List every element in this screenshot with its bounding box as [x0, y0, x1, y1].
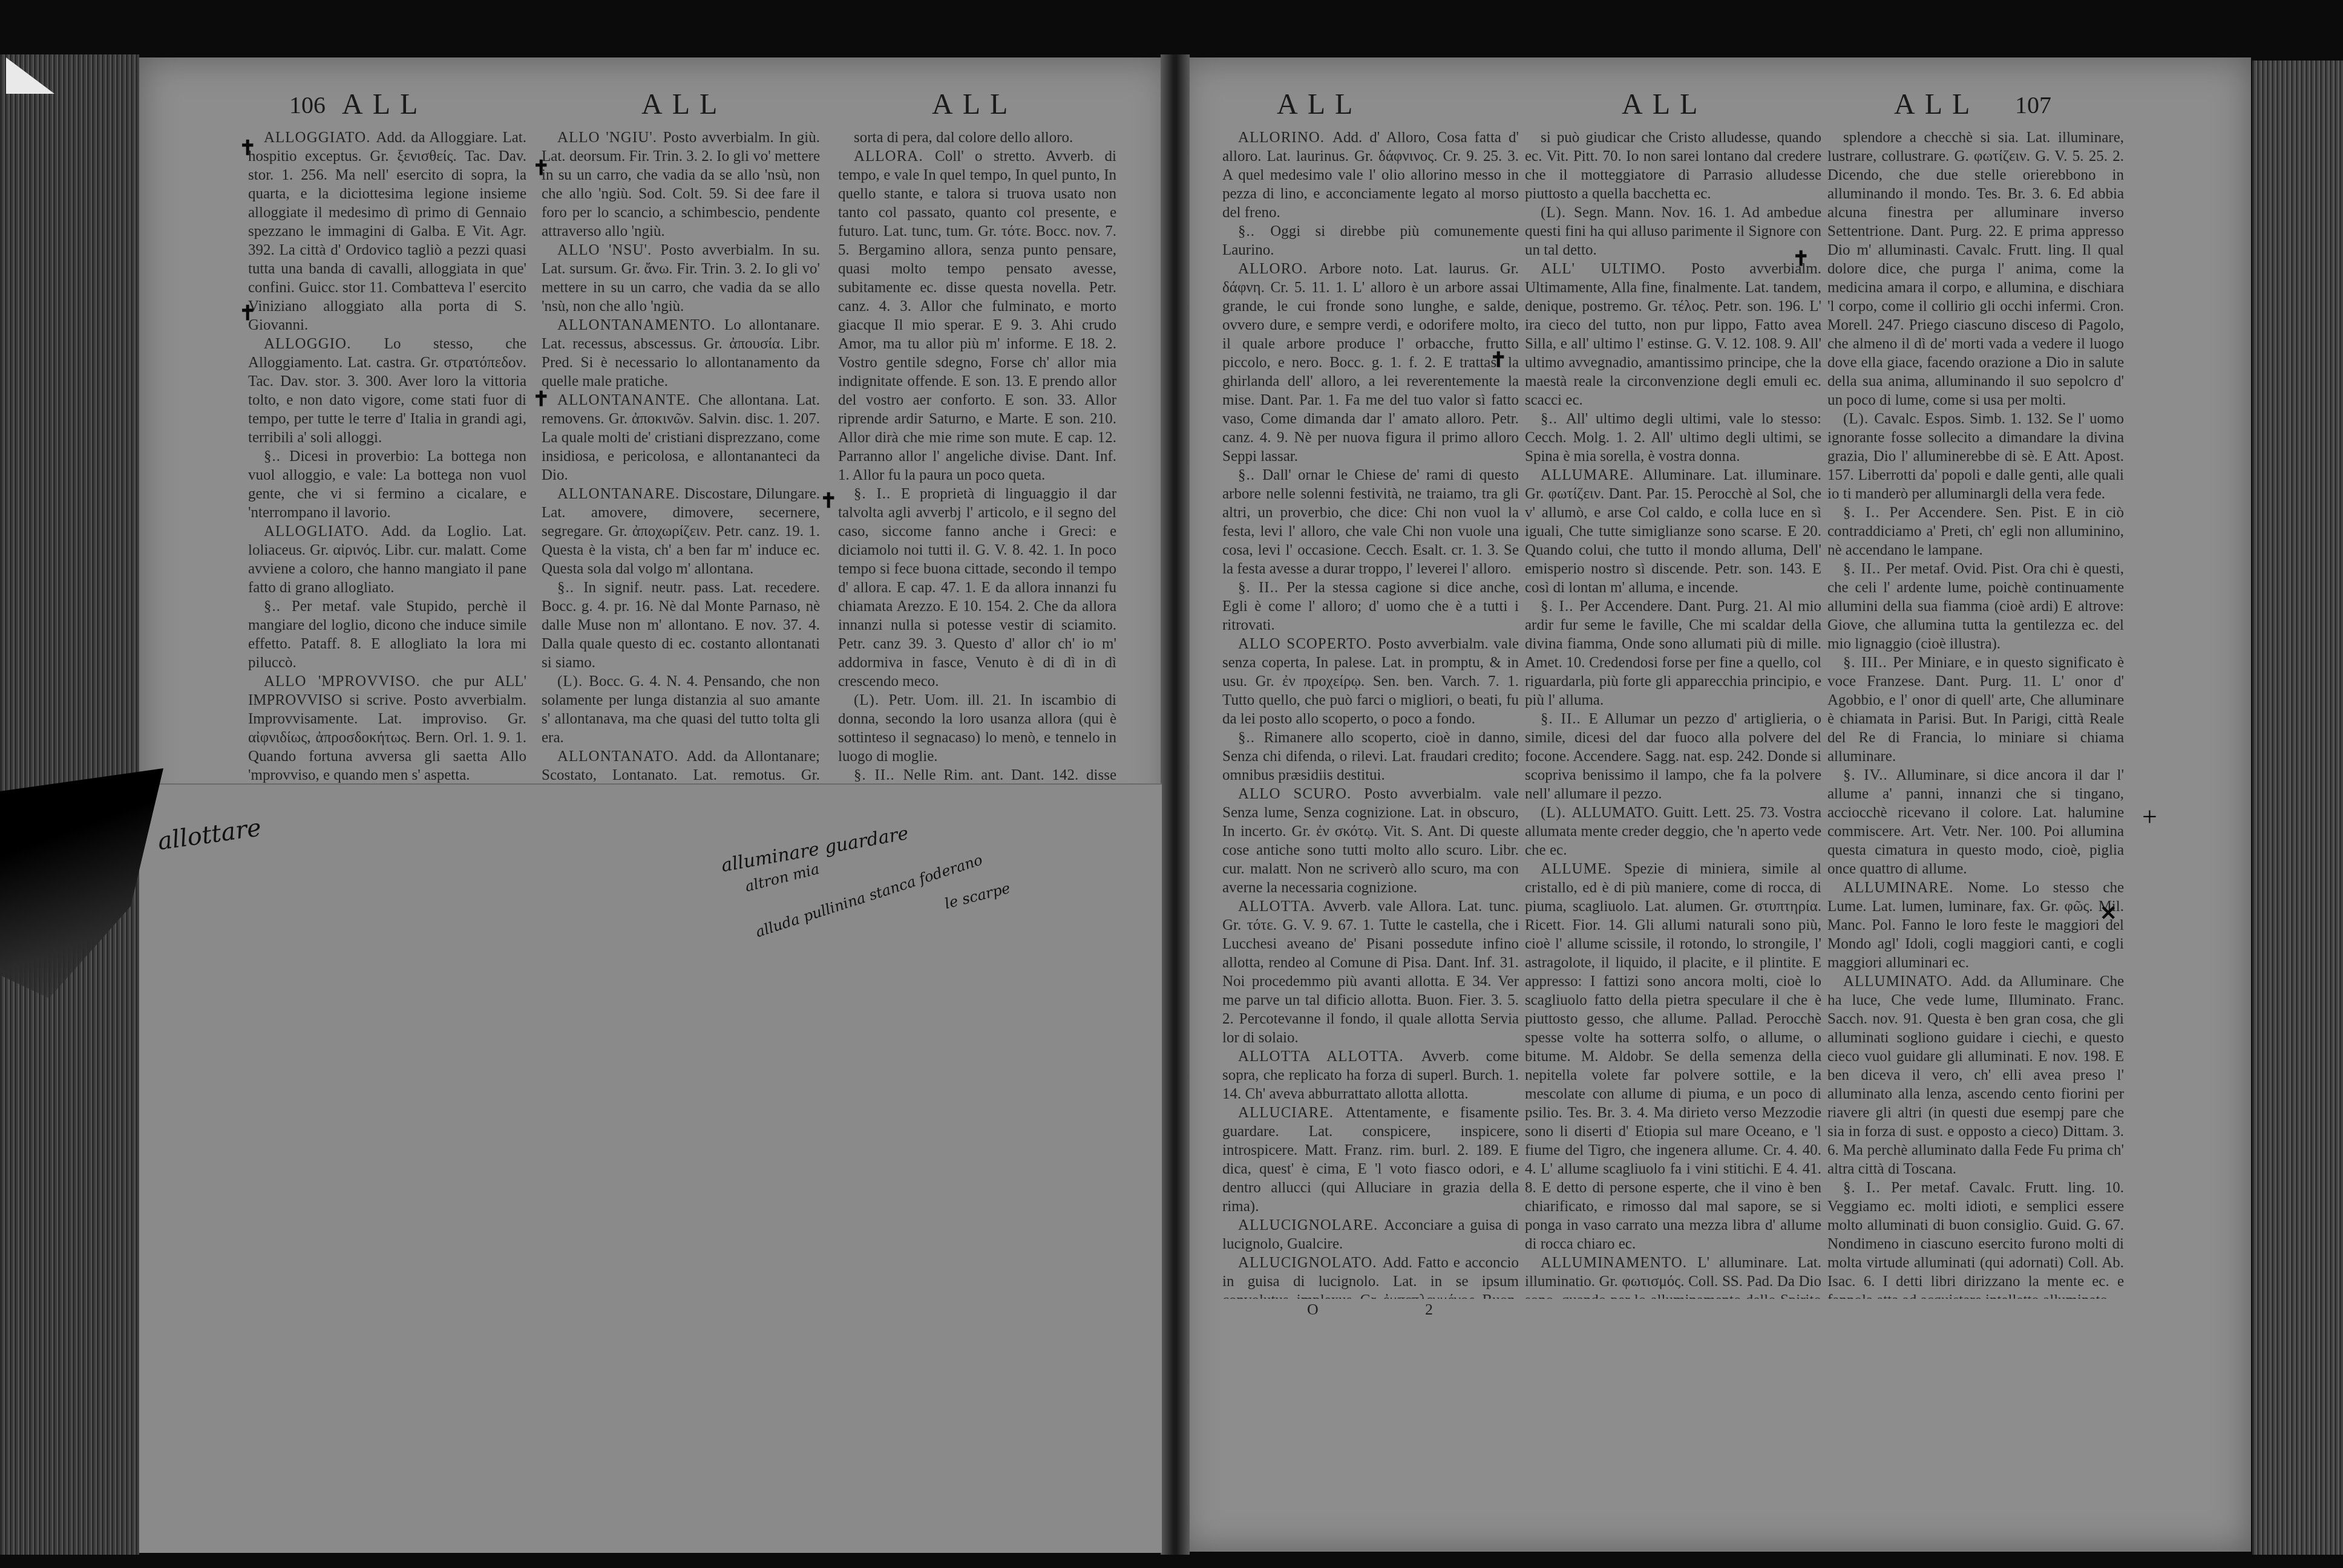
entry-headword: ALLUMINARE. — [1843, 880, 1968, 896]
dictionary-entry: §.. Rimanere allo scoperto, cioè in dann… — [1222, 728, 1519, 785]
column-left-1: ALLOGGIATO. Add. da Alloggiare. Lat. hos… — [248, 128, 526, 785]
entry-headword: §. I.. — [854, 486, 901, 502]
entry-headword: ALLONTANAMENTO. — [557, 317, 724, 333]
handwritten-note: le scarpe — [943, 880, 1012, 912]
entry-headword: ALLUCIGNOLARE. — [1238, 1217, 1384, 1233]
dictionary-entry: ALLOGLIATO. Add. da Loglio. Lat. loliace… — [248, 522, 526, 597]
entry-headword: ALLUMINATO. — [1843, 973, 1961, 990]
entry-headword: §. II.. — [1541, 711, 1589, 727]
entry-headword: §. I.. — [1843, 505, 1889, 521]
dictionary-entry: ALLUCIARE. Attentamente, e fisamente gua… — [1222, 1103, 1519, 1216]
running-head: ALL — [1894, 88, 1979, 121]
dictionary-entry: §.. Dall' ornar le Chiese de' rami di qu… — [1222, 466, 1519, 578]
dictionary-entry: §. I.. Per Accendere. Sen. Pist. E in ci… — [1827, 503, 2124, 560]
entry-headword: ALLO 'NSU'. — [557, 242, 661, 258]
dictionary-entry: §. II.. Per la stessa cagione si dice an… — [1222, 578, 1519, 635]
entry-text: E proprietà di linguaggio il dar talvolt… — [838, 486, 1116, 690]
entry-headword: ALLONTANATO. — [557, 748, 687, 765]
entry-headword: ALLOTTA. — [1238, 898, 1323, 915]
dictionary-entry: ALLORINO. Add. d' Alloro, Cosa fatta d' … — [1222, 128, 1519, 222]
signature-mark: 2 — [1425, 1301, 1433, 1319]
dictionary-entry: ALLONTANATO. Add. da Allontanare; Scosta… — [542, 747, 820, 785]
dictionary-entry: (L). Bocc. G. 4. N. 4. Pensando, che non… — [542, 672, 820, 747]
entry-headword: §. IV.. — [1843, 767, 1896, 783]
dictionary-entry: ALLUMINARE. Nome. Lo stesso che Lume. La… — [1827, 878, 2124, 972]
dictionary-entry: §.. In signif. neutr. pass. Lat. receder… — [542, 578, 820, 672]
dictionary-entry: ALLOTTA. Avverb. vale Allora. Lat. tunc.… — [1222, 897, 1519, 1047]
margin-cross-mark: ✝ — [1490, 348, 1507, 372]
dictionary-entry: ALLO 'MPROVVISO. che pur ALL' IMPROVVISO… — [248, 672, 526, 785]
entry-text: Per Miniare, e in questo significato è v… — [1827, 655, 2124, 765]
entry-headword: (L). — [854, 692, 889, 708]
entry-text: Dall' ornar le Chiese de' rami di questo… — [1222, 467, 1519, 577]
entry-headword: ALLO 'NGIU'. — [557, 129, 663, 146]
entry-text: Avverb. vale Allora. Lat. tunc. Gr. τότε… — [1222, 898, 1519, 1046]
running-head: ALL — [932, 88, 1017, 121]
entry-headword: ALLOTTA ALLOTTA. — [1238, 1048, 1421, 1065]
dictionary-entry: ALLUCIGNOLATO. Add. Fatto e acconcio in … — [1222, 1253, 1519, 1299]
dictionary-entry: ALLUMINATO. Add. da Alluminare. Che ha l… — [1827, 972, 2124, 1178]
entry-text: Add. da Alluminare. Che ha luce, Che ved… — [1827, 973, 2124, 1177]
entry-headword: §. II.. — [1843, 561, 1886, 577]
entry-headword: §.. — [264, 598, 292, 615]
dictionary-entry: ALLOTTA ALLOTTA. Avverb. come sopra, che… — [1222, 1047, 1519, 1103]
dictionary-entry: sorta di pera, dal colore dello alloro. — [838, 128, 1116, 147]
entry-headword: ALLOGLIATO. — [264, 523, 381, 540]
page-number-left: 106 — [289, 91, 326, 119]
entry-headword: §. II.. — [1238, 580, 1286, 596]
dictionary-entry: splendore a checchè si sia. Lat. illumin… — [1827, 128, 2124, 410]
entry-text: Arbore noto. Lat. laurus. Gr. δάφνη. Cr.… — [1222, 261, 1519, 465]
dictionary-entry: ALLUCIGNOLARE. Acconciare a guisa di luc… — [1222, 1216, 1519, 1253]
dictionary-entry: ALLOGGIATO. Add. da Alloggiare. Lat. hos… — [248, 128, 526, 335]
column-left-3: sorta di pera, dal colore dello alloro.A… — [838, 128, 1116, 785]
dictionary-entry: §. I.. Per metaf. Cavalc. Frutt. ling. 1… — [1827, 1178, 2124, 1299]
entry-headword: ALLOGGIO. — [264, 336, 384, 352]
dictionary-entry: ALLONTANARE. Discostare, Dilungare. Lat.… — [542, 485, 820, 578]
running-head: ALL — [1622, 88, 1707, 121]
entry-text: Dicesi in proverbio: La bottega non vuol… — [248, 448, 526, 521]
margin-cross-mark: ✝ — [532, 156, 550, 180]
entry-headword: ALLO SCURO. — [1238, 786, 1364, 802]
dictionary-entry: ALLONTANANTE. Che allontana. Lat. remove… — [542, 391, 820, 485]
dictionary-entry: §. II.. Per metaf. Ovid. Pist. Ora chi è… — [1827, 560, 2124, 653]
entry-text: si può giudicar che Cristo alludesse, qu… — [1525, 129, 1821, 202]
entry-text: Alluminare. Lat. illuminare. Gr. φωτίζει… — [1525, 467, 1821, 596]
entry-headword: ALLO 'MPROVVISO. — [264, 673, 432, 690]
dictionary-entry: §.. Oggi si direbbe più comunemente Laur… — [1222, 222, 1519, 260]
entry-headword: (L). — [1843, 411, 1874, 427]
entry-text: Lo stesso, che Alloggiamento. Lat. castr… — [248, 336, 526, 446]
entry-text: Attentamente, e fisamente guardare. Lat.… — [1222, 1105, 1519, 1215]
margin-cross-mark: ✝ — [239, 136, 257, 160]
dictionary-entry: §. III.. Per Miniare, e in questo signif… — [1827, 653, 2124, 766]
dictionary-entry: §. II.. Nelle Rim. ant. Dant. 142. disse… — [838, 766, 1116, 785]
margin-cross-mark: ✝ — [820, 489, 837, 513]
entry-headword: ALLORO. — [1238, 261, 1319, 277]
dictionary-entry: §. I.. Per Accendere. Dant. Purg. 21. Al… — [1525, 597, 1821, 710]
entry-text: Spezie di miniera, simile al cristallo, … — [1525, 861, 1821, 1252]
dictionary-entry: ALLORO. Arbore noto. Lat. laurus. Gr. δά… — [1222, 260, 1519, 466]
running-head: ALL — [1277, 88, 1362, 121]
dictionary-entry: §.. All' ultimo degli ultimi, vale lo st… — [1525, 410, 1821, 466]
entry-headword: §.. — [1238, 730, 1264, 746]
dictionary-entry: si può giudicar che Cristo alludesse, qu… — [1525, 128, 1821, 203]
dictionary-entry: (L). Petr. Uom. ill. 21. In iscambio di … — [838, 691, 1116, 766]
entry-headword: §.. — [1238, 467, 1262, 483]
entry-headword: ALLUMARE. — [1541, 467, 1643, 483]
entry-text: All' ultimo degli ultimi, vale lo stesso… — [1525, 411, 1821, 465]
dictionary-entry: ALLO 'NSU'. Posto avverbialm. In su. Lat… — [542, 241, 820, 316]
entry-headword: ALLUMINAMENTO. — [1541, 1255, 1697, 1271]
dictionary-entry: ALLO SCURO. Posto avverbialm. vale Senza… — [1222, 785, 1519, 897]
dictionary-entry: ALLORA. Coll' o stretto. Avverb. di temp… — [838, 147, 1116, 485]
margin-cross-mark: ✝ — [532, 387, 550, 411]
margin-cross-mark: ✝ — [1792, 247, 1810, 271]
entry-headword: §.. — [1541, 411, 1566, 427]
entry-headword: §.. — [264, 448, 289, 465]
entry-headword: ALLONTANANTE. — [557, 392, 698, 408]
entry-text: Per metaf. Cavalc. Frutt. ling. 10. Vegg… — [1827, 1180, 2124, 1299]
entry-headword: ALLUCIGNOLATO. — [1238, 1255, 1383, 1271]
entry-text: In signif. neutr. pass. Lat. recedere. B… — [542, 580, 820, 671]
entry-headword: §. III.. — [1843, 655, 1893, 671]
dictionary-entry: ALLOGGIO. Lo stesso, che Alloggiamento. … — [248, 335, 526, 447]
column-left-2: ALLO 'NGIU'. Posto avverbialm. In giù. L… — [542, 128, 820, 785]
entry-headword: §. II.. — [854, 767, 903, 783]
entry-text: Per Accendere. Dant. Purg. 21. Al mio ar… — [1525, 598, 1821, 708]
entry-text: sorta di pera, dal colore dello alloro. — [854, 129, 1073, 146]
entry-text: Posto avverbialm. vale Senza lume, Senza… — [1222, 786, 1519, 896]
column-right-1: ALLORINO. Add. d' Alloro, Cosa fatta d' … — [1222, 128, 1519, 1299]
dictionary-entry: §. I.. E proprietà di linguaggio il dar … — [838, 485, 1116, 691]
dictionary-entry: ALLO SCOPERTO. Posto avverbialm. vale se… — [1222, 635, 1519, 728]
entry-headword: (L). — [1541, 805, 1571, 821]
column-right-2: si può giudicar che Cristo alludesse, qu… — [1525, 128, 1821, 1299]
dictionary-entry: §. IV.. Alluminare, si dice ancora il da… — [1827, 766, 2124, 878]
page-number-right: 107 — [2015, 91, 2051, 119]
signature-mark: O — [1307, 1301, 1319, 1319]
entry-headword: §. I.. — [1843, 1180, 1891, 1196]
inserted-paper-slip: allottare alluminare guardare altron mia… — [139, 783, 1162, 1553]
entry-headword: ALLO SCOPERTO. — [1238, 636, 1378, 652]
running-head: ALL — [641, 88, 727, 121]
dictionary-entry: ALLUME. Spezie di miniera, simile al cri… — [1525, 860, 1821, 1253]
dictionary-entry: §.. Dicesi in proverbio: La bottega non … — [248, 447, 526, 522]
margin-plus-mark: + — [2142, 802, 2157, 832]
column-right-3: splendore a checchè si sia. Lat. illumin… — [1827, 128, 2124, 1299]
dictionary-entry: (L). Cavalc. Espos. Simb. 1. 132. Se l' … — [1827, 410, 2124, 503]
dictionary-entry: ALL' ULTIMO. Posto avverbialm. Ultimamen… — [1525, 260, 1821, 410]
dictionary-entry: ALLUMINAMENTO. L' alluminare. Lat. illum… — [1525, 1253, 1821, 1299]
entry-headword: ALLORINO. — [1238, 129, 1332, 146]
dictionary-entry: (L). ALLUMATO. Guitt. Lett. 25. 73. Vost… — [1525, 803, 1821, 860]
dictionary-entry: §. II.. E Allumar un pezzo d' artiglieri… — [1525, 710, 1821, 803]
entry-headword: ALLONTANARE. — [557, 486, 684, 502]
dictionary-entry: ALLO 'NGIU'. Posto avverbialm. In giù. L… — [542, 128, 820, 241]
entry-headword: ALLORA. — [854, 148, 935, 165]
entry-headword: §.. — [557, 580, 583, 596]
entry-headword: ALLUME. — [1541, 861, 1624, 877]
margin-cross-mark: ✝ — [239, 301, 257, 325]
entry-headword: (L). — [1541, 204, 1574, 221]
entry-text: Posto avverbialm. Ultimamente, Alla fine… — [1525, 261, 1821, 408]
dictionary-entry: ALLONTANAMENTO. Lo allontanare. Lat. rec… — [542, 316, 820, 391]
running-head: ALL — [342, 88, 427, 121]
entry-headword: ALLOGGIATO. — [264, 129, 376, 146]
handwritten-note: allottare — [156, 814, 263, 856]
entry-text: che pur ALL' IMPROVVISO si scrive. Posto… — [248, 673, 526, 783]
entry-headword: (L). — [557, 673, 589, 690]
entry-headword: ALLUCIARE. — [1238, 1105, 1346, 1121]
margin-x-mark: ✕ — [2100, 901, 2117, 926]
entry-text: Alluminare, si dice ancora il dar l' all… — [1827, 767, 2124, 877]
entry-headword: §.. — [1238, 223, 1270, 240]
entry-text: Rimanere allo scoperto, cioè in danno, S… — [1222, 730, 1519, 783]
entry-text: Add. da Alloggiare. Lat. hospitio except… — [248, 129, 526, 333]
dictionary-entry: (L). Segn. Mann. Nov. 16. 1. Ad ambedue … — [1525, 203, 1821, 260]
dictionary-entry: §.. Per metaf. vale Stupido, perchè il m… — [248, 597, 526, 672]
book-gutter — [1161, 54, 1190, 1555]
dictionary-entry: ALLUMARE. Alluminare. Lat. illuminare. G… — [1525, 466, 1821, 597]
entry-headword: §. I.. — [1541, 598, 1579, 615]
entry-text: splendore a checchè si sia. Lat. illumin… — [1827, 129, 2124, 408]
entry-headword: ALL' ULTIMO. — [1541, 261, 1691, 277]
entry-text: Coll' o stretto. Avverb. di tempo, e val… — [838, 148, 1116, 483]
book-fore-edge-right — [2252, 60, 2343, 1555]
entry-text: Posto avverbialm. In giù. Lat. deorsum. … — [542, 129, 820, 240]
